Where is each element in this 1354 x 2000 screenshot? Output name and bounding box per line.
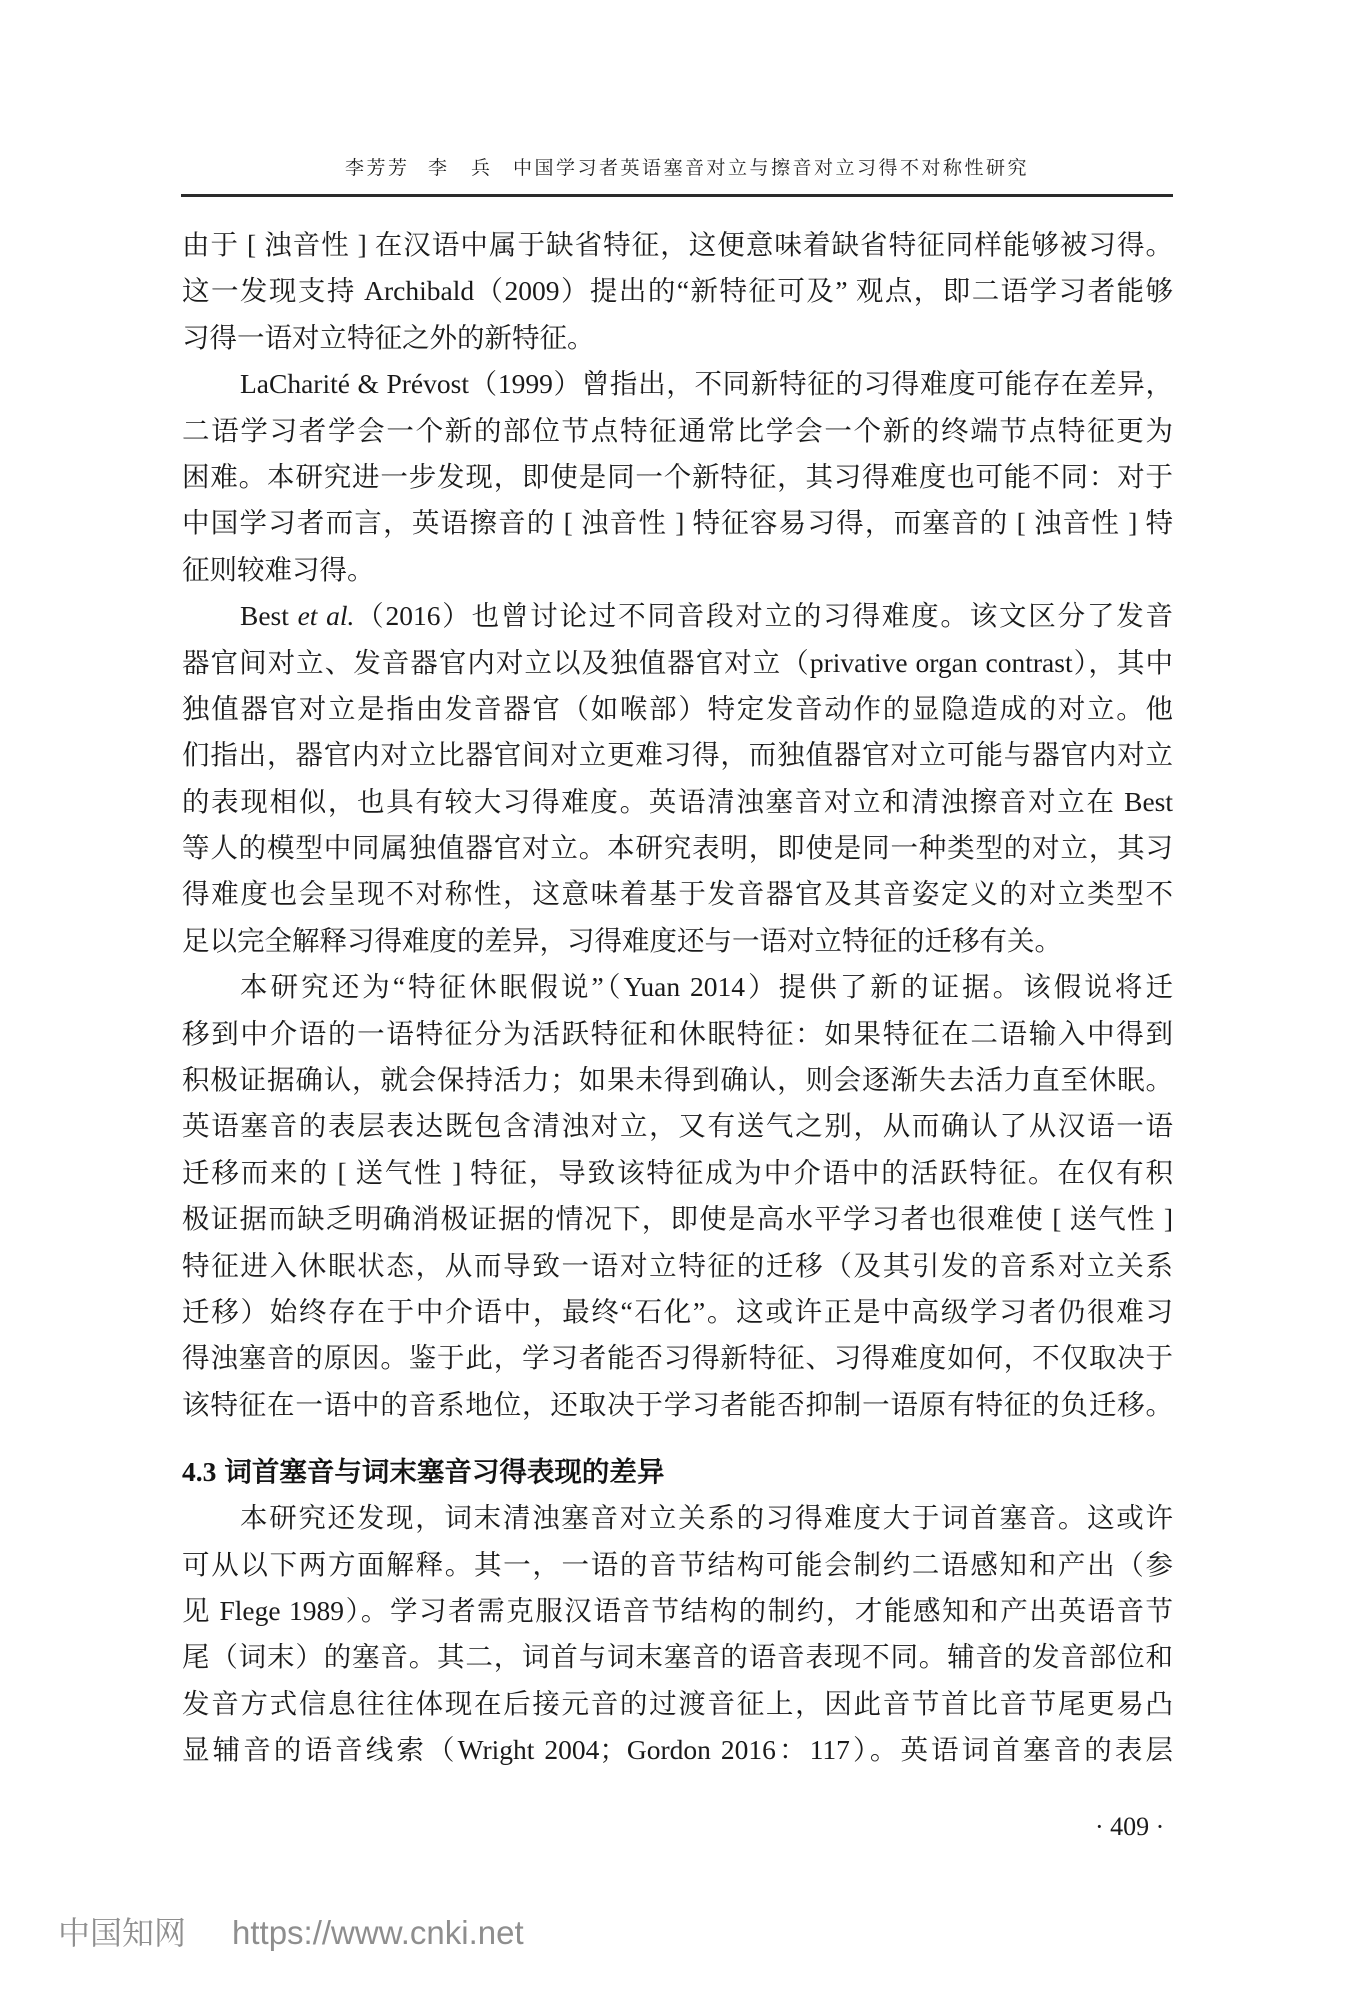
paragraph-4: 本研究还为“特征休眠假说”（Yuan 2014）提供了新的证据。该假说将迁 移到… [182,964,1173,1428]
text-line: 习得一语对立特征之外的新特征。 [182,315,1173,361]
paragraph-5: 本研究还发现，词末清浊塞音对立关系的习得难度大于词首塞音。这或许 可从以下两方面… [182,1495,1173,1773]
footer-url: https://www.cnki.net [232,1913,524,1953]
paragraph-3: Best et al.（2016）也曾讨论过不同音段对立的习得难度。该文区分了发… [182,593,1173,964]
text-line: Best et al.（2016）也曾讨论过不同音段对立的习得难度。该文区分了发… [182,593,1173,639]
running-header-author-1: 李芳芳 [345,156,410,180]
text-line: 特征进入休眠状态，从而导致一语对立特征的迁移（及其引发的音系对立关系 [182,1243,1173,1289]
text-line: 该特征在一语中的音系地位，还取决于学习者能否抑制一语原有特征的负迁移。 [182,1382,1173,1428]
text-line: 本研究还为“特征休眠假说”（Yuan 2014）提供了新的证据。该假说将迁 [182,964,1173,1010]
text-line: 这一发现支持 Archibald（2009）提出的“新特征可及” 观点，即二语学… [182,268,1173,314]
running-header-author-2: 李 兵 [428,156,493,180]
paragraph-1: 由于 [ 浊音性 ] 在汉语中属于缺省特征，这便意味着缺省特征同样能够被习得。 … [182,222,1173,361]
text-line: 们指出，器官内对立比器官间对立更难习得，而独值器官对立可能与器官内对立 [182,732,1173,778]
text-segment: （2016）也曾讨论过不同音段对立的习得难度。该文区分了发音 [354,600,1173,631]
body-text: 由于 [ 浊音性 ] 在汉语中属于缺省特征，这便意味着缺省特征同样能够被习得。 … [182,222,1173,1773]
text-line: 中国学习者而言，英语擦音的 [ 浊音性 ] 特征容易习得，而塞音的 [ 浊音性 … [182,500,1173,546]
header-rule-divider [181,194,1173,197]
text-line: 得浊塞音的原因。鉴于此，学习者能否习得新特征、习得难度如何，不仅取决于 [182,1335,1173,1381]
text-line: 的表现相似，也具有较大习得难度。英语清浊塞音对立和清浊擦音对立在 Best [182,779,1173,825]
paragraph-2: LaCharité & Prévost（1999）曾指出，不同新特征的习得难度可… [182,361,1173,593]
text-line: 独值器官对立是指由发音器官（如喉部）特定发音动作的显隐造成的对立。他 [182,686,1173,732]
section-number: 4.3 [182,1456,216,1487]
text-line: 等人的模型中同属独值器官对立。本研究表明，即使是同一种类型的对立，其习 [182,825,1173,871]
text-line: 足以完全解释习得难度的差异，习得难度还与一语对立特征的迁移有关。 [182,918,1173,964]
citation-author: Best [240,600,298,631]
text-line: 极证据而缺乏明确消极证据的情况下，即使是高水平学习者也很难使 [ 送气性 ] [182,1196,1173,1242]
journal-page: 李芳芳 李 兵 中国学习者英语塞音对立与擦音对立习得不对称性研究 由于 [ 浊音… [0,0,1354,2000]
text-line: 积极证据确认，就会保持活力；如果未得到确认，则会逐渐失去活力直至休眠。 [182,1057,1173,1103]
text-line: 本研究还发现，词末清浊塞音对立关系的习得难度大于词首塞音。这或许 [182,1495,1173,1541]
section-title: 词首塞音与词末塞音习得表现的差异 [224,1456,664,1487]
text-line: 迁移而来的 [ 送气性 ] 特征，导致该特征成为中介语中的活跃特征。在仅有积 [182,1150,1173,1196]
text-line: 由于 [ 浊音性 ] 在汉语中属于缺省特征，这便意味着缺省特征同样能够被习得。 [182,222,1173,268]
running-header-title: 中国学习者英语塞音对立与擦音对立习得不对称性研究 [513,156,1029,180]
text-line: 征则较难习得。 [182,547,1173,593]
text-line: 可从以下两方面解释。其一，一语的音节结构可能会制约二语感知和产出（参 [182,1542,1173,1588]
text-line: 迁移）始终存在于中介语中，最终“石化”。这或许正是中高级学习者仍很难习 [182,1289,1173,1335]
section-heading: 4.3词首塞音与词末塞音习得表现的差异 [182,1449,1173,1495]
text-line: 发音方式信息往往体现在后接元音的过渡音征上，因此音节首比音节尾更易凸 [182,1681,1173,1727]
text-line: 尾（词末）的塞音。其二，词首与词末塞音的语音表现不同。辅音的发音部位和 [182,1634,1173,1680]
text-line: 器官间对立、发音器官内对立以及独值器官对立（privative organ co… [182,640,1173,686]
text-line: 困难。本研究进一步发现，即使是同一个新特征，其习得难度也可能不同：对于 [182,454,1173,500]
citation-et-al-italic: et al. [298,600,355,631]
text-line: 显辅音的语音线索（Wright 2004；Gordon 2016：117）。英语… [182,1727,1173,1773]
text-line: 见 Flege 1989）。学习者需克服汉语音节结构的制约，才能感知和产出英语音… [182,1588,1173,1634]
text-line: 得难度也会呈现不对称性，这意味着基于发音器官及其音姿定义的对立类型不 [182,871,1173,917]
page-number: · 409 · [1095,1811,1164,1843]
text-line: 英语塞音的表层表达既包含清浊对立，又有送气之别，从而确认了从汉语一语 [182,1103,1173,1149]
text-line: 移到中介语的一语特征分为活跃特征和休眠特征：如果特征在二语输入中得到 [182,1011,1173,1057]
footer-site-name: 中国知网 [58,1913,186,1953]
text-line: 二语学习者学会一个新的部位节点特征通常比学会一个新的终端节点特征更为 [182,408,1173,454]
text-line: LaCharité & Prévost（1999）曾指出，不同新特征的习得难度可… [182,361,1173,407]
